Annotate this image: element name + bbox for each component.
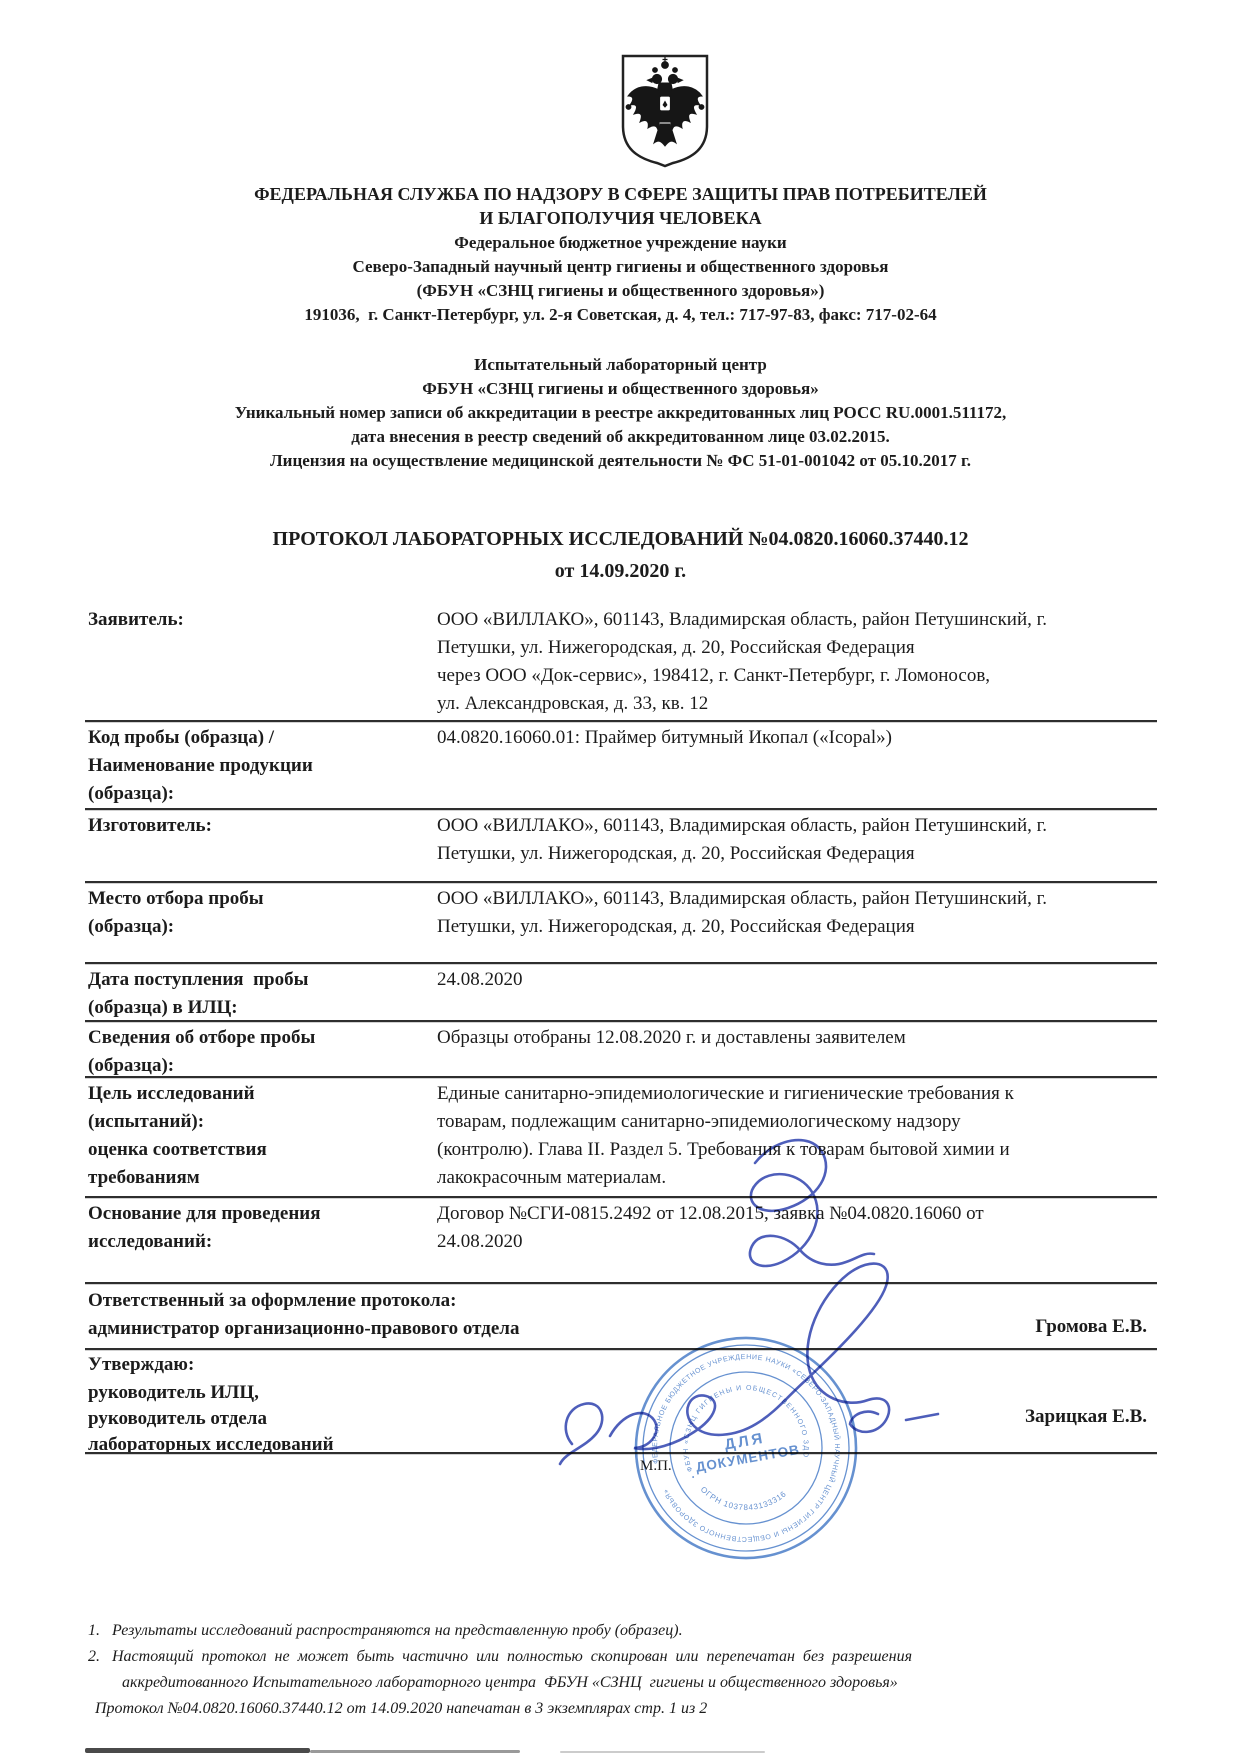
approver-role-1: руководитель ИЛЦ, [88,1380,259,1406]
row-sampling-info-value: Образцы отобраны 12.08.2020 г. и доставл… [437,1024,1162,1052]
org-name: Северо-Западный научный центр гигиены и … [0,257,1241,277]
responsible-name: Громова Е.В. [1035,1316,1147,1338]
handwritten-signatures [540,1120,960,1500]
row-applicant-label: Заявитель: [88,606,433,634]
lab-org-name: ФБУН «СЗНЦ гигиены и общественного здоро… [0,379,1241,399]
table-divider [85,720,1157,722]
protocol-title: ПРОТОКОЛ ЛАБОРАТОРНЫХ ИССЛЕДОВАНИЙ №04.0… [0,528,1241,551]
table-divider [85,1076,1157,1078]
protocol-document-page: ФЕДЕРАЛЬНАЯ СЛУЖБА ПО НАДЗОРУ В СФЕРЕ ЗА… [0,0,1241,1755]
agency-name-line1: ФЕДЕРАЛЬНАЯ СЛУЖБА ПО НАДЗОРУ В СФЕРЕ ЗА… [0,184,1241,205]
zaritskaya-signature-stroke2 [610,1380,806,1449]
approver-name: Зарицкая Е.В. [1025,1406,1147,1428]
approver-role-2: руководитель отдела [88,1406,267,1432]
accreditation-date: дата внесения в реестр сведений об аккре… [0,427,1241,447]
scan-artifact-bar [310,1750,520,1753]
scan-artifact-bar [560,1751,765,1753]
protocol-date: от 14.09.2020 г. [0,560,1241,583]
org-short-name: (ФБУН «СЗНЦ гигиены и общественного здор… [0,281,1241,301]
footnote-2-line1: 2. Настоящий протокол не может быть част… [88,1648,1158,1666]
row-manufacturer-label: Изготовитель: [88,812,433,840]
footnote-2-line2: аккредитованного Испытательного лаборато… [122,1674,898,1692]
row-purpose-label: Цель исследований (испытаний): оценка со… [88,1080,433,1192]
scan-artifact-bar [85,1748,310,1753]
zaritskaya-signature-stroke1 [560,1403,602,1464]
table-divider [85,1020,1157,1022]
org-type: Федеральное бюджетное учреждение науки [0,233,1241,253]
approve-label: Утверждаю: [88,1352,194,1378]
print-info: Протокол №04.0820.16060.37440.12 от 14.0… [95,1700,707,1718]
lab-center-name: Испытательный лабораторный центр [0,355,1241,375]
row-manufacturer-value: ООО «ВИЛЛАКО», 601143, Владимирская обла… [437,812,1162,868]
table-divider [85,808,1157,810]
row-sampling-place-label: Место отбора пробы (образца): [88,885,433,941]
agency-name-line2: И БЛАГОПОЛУЧИЯ ЧЕЛОВЕКА [0,208,1241,229]
row-sampling-place-value: ООО «ВИЛЛАКО», 601143, Владимирская обла… [437,885,1162,941]
row-receipt-date-value: 24.08.2020 [437,966,1162,994]
row-basis-label: Основание для проведения исследований: [88,1200,433,1256]
accreditation-number: Уникальный номер записи об аккредитации … [0,403,1241,423]
org-address: 191036, г. Санкт-Петербург, ул. 2-я Сове… [0,305,1241,325]
footnote-1: 1. Результаты исследований распространяю… [88,1622,683,1640]
row-sampling-info-label: Сведения об отборе пробы (образца): [88,1024,433,1080]
medical-license: Лицензия на осуществление медицинской де… [0,451,1241,471]
row-sample-code-value: 04.0820.16060.01: Праймер битумный Икопа… [437,724,1162,752]
table-divider [85,962,1157,964]
gromova-signature-stroke [750,1140,874,1266]
responsible-title: Ответственный за оформление протокола: [88,1288,456,1314]
row-receipt-date-label: Дата поступления пробы (образца) в ИЛЦ: [88,966,433,1022]
zaritskaya-signature-dash [906,1414,938,1420]
russia-coat-of-arms-icon [615,52,715,170]
approver-role-3: лабораторных исследований [88,1432,334,1458]
table-divider [85,881,1157,883]
responsible-role: администратор организационно-правового о… [88,1316,519,1342]
row-applicant-value: ООО «ВИЛЛАКО», 601143, Владимирская обла… [437,606,1162,718]
row-sample-code-label: Код пробы (образца) / Наименование проду… [88,724,433,808]
zaritskaya-signature-stroke3 [806,1264,889,1432]
